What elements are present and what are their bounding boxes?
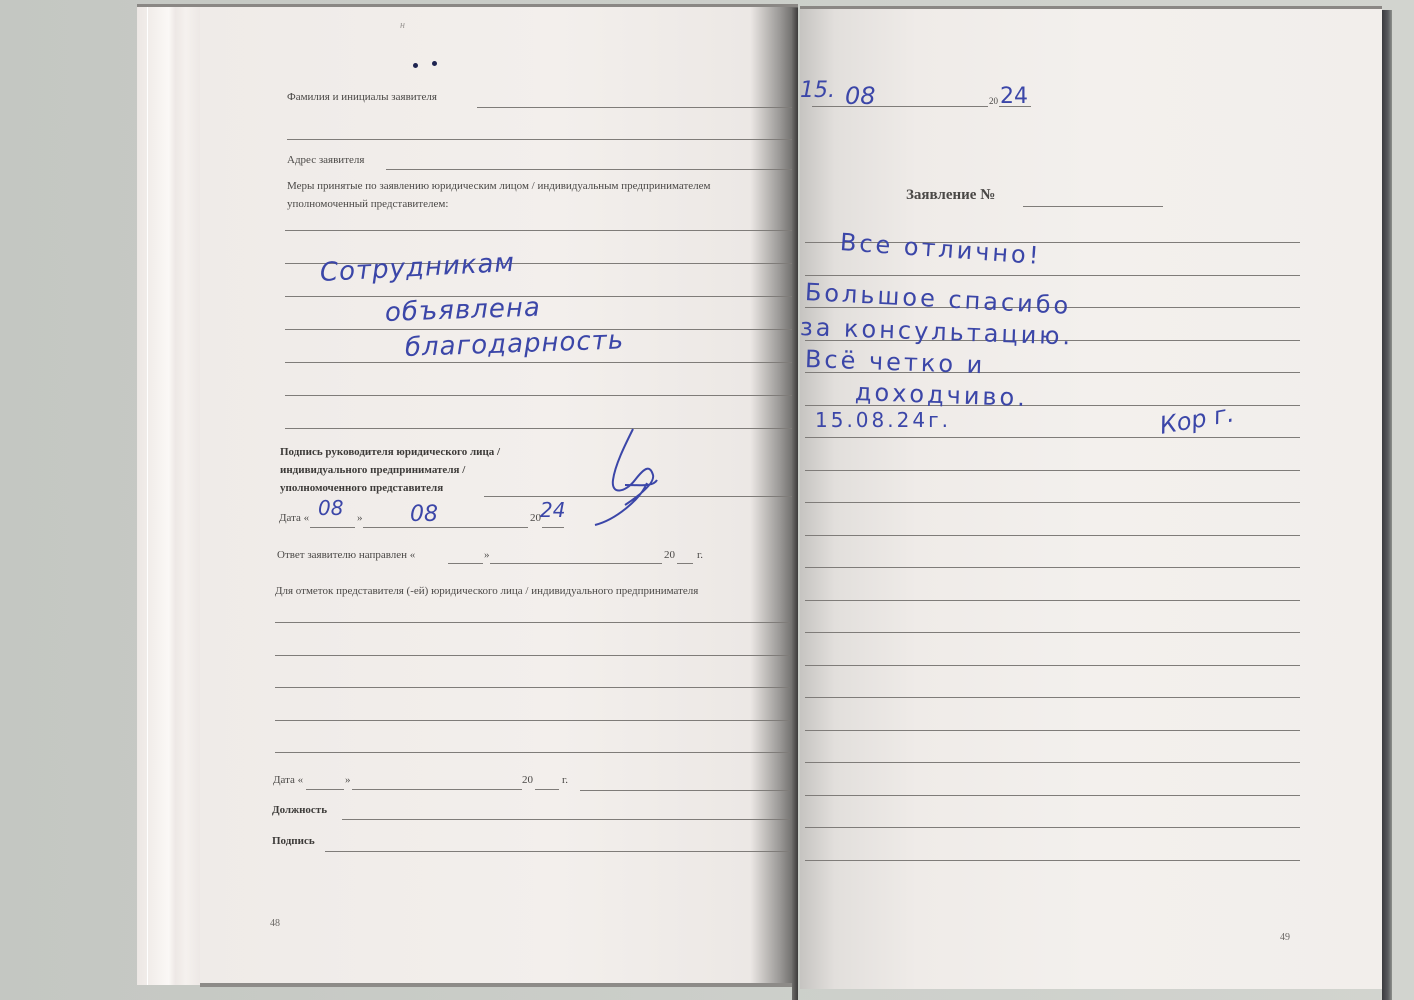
date-day-field[interactable] [310, 527, 355, 528]
applicant-name-field-line2[interactable] [287, 139, 797, 140]
response-label: Ответ заявителю направлен « [277, 549, 415, 561]
book-spine [792, 8, 798, 1000]
date2-day-field[interactable] [306, 789, 344, 790]
handwriting-date-month: 08 [410, 502, 438, 527]
measures-line[interactable] [285, 428, 795, 429]
date2-year-prefix: 20 [522, 774, 533, 786]
statement-line[interactable] [805, 860, 1300, 861]
statement-line[interactable] [805, 535, 1300, 536]
statement-number-field[interactable] [1023, 206, 1163, 207]
applicant-name-field[interactable] [477, 107, 797, 108]
handwriting-measures-line2: объявлена [384, 293, 541, 328]
right-page [800, 6, 1382, 989]
handwriting-line-6: 15.08.24г. [815, 408, 951, 432]
notes-label: Для отметок представителя (-ей) юридичес… [275, 585, 698, 597]
measures-label: Меры принятые по заявлению юридическим л… [287, 180, 711, 192]
statement-line[interactable] [805, 795, 1300, 796]
top-date-field[interactable] [812, 106, 988, 107]
response-month-field[interactable] [490, 563, 662, 564]
notes-line[interactable] [275, 655, 790, 656]
handwriting-line-5: доходчиво. [855, 378, 1029, 412]
statement-title: Заявление № [906, 187, 995, 204]
statement-line[interactable] [805, 502, 1300, 503]
top-mark: н [400, 20, 405, 31]
applicant-name-label: Фамилия и инициалы заявителя [287, 91, 437, 103]
date2-close-quote: » [345, 774, 351, 786]
response-year-prefix: 20 [664, 549, 675, 561]
statement-line[interactable] [805, 632, 1300, 633]
statement-line[interactable] [805, 600, 1300, 601]
statement-line[interactable] [805, 437, 1300, 438]
measures-line[interactable] [285, 395, 795, 396]
position-field[interactable] [342, 819, 790, 820]
ink-dot [413, 63, 418, 68]
signature-block-label-1: Подпись руководителя юридического лица / [280, 446, 500, 458]
top-year-field[interactable] [999, 106, 1031, 107]
top-year-prefix: 20 [989, 96, 998, 106]
position-label: Должность [272, 804, 327, 816]
date-month-field[interactable] [363, 527, 528, 528]
handwriting-top-date-day: 15. [800, 78, 835, 103]
ink-dot [432, 61, 437, 66]
date-close-quote: » [357, 512, 363, 524]
statement-line[interactable] [805, 665, 1300, 666]
statement-line[interactable] [805, 762, 1300, 763]
notes-line[interactable] [275, 752, 790, 753]
statement-line[interactable] [805, 470, 1300, 471]
signature-block-label-3: уполномоченного представителя [280, 482, 443, 494]
date-label: Дата « [279, 512, 309, 524]
date2-label: Дата « [273, 774, 303, 786]
response-year-suffix: г. [697, 549, 703, 561]
applicant-address-field[interactable] [386, 169, 797, 170]
statement-line[interactable] [805, 827, 1300, 828]
measures-label-line2: уполномоченный представителем: [287, 198, 448, 210]
date2-month-field[interactable] [352, 789, 522, 790]
statement-line[interactable] [805, 567, 1300, 568]
page-number-left: 48 [270, 918, 280, 929]
handwriting-date-year: 24 [540, 498, 565, 522]
right-page-edge [1382, 10, 1392, 1000]
response-close-quote: » [484, 549, 490, 561]
date-year-field[interactable] [542, 527, 564, 528]
manager-signature [595, 425, 675, 525]
date2-year-field[interactable] [535, 789, 559, 790]
date2-year-suffix: г. [562, 774, 568, 786]
notes-line[interactable] [275, 687, 790, 688]
statement-line[interactable] [805, 275, 1300, 276]
signature-line-field[interactable] [325, 851, 790, 852]
measures-line[interactable] [285, 362, 795, 363]
measures-line[interactable] [285, 230, 795, 231]
response-day-field[interactable] [448, 563, 483, 564]
response-year-field[interactable] [677, 563, 693, 564]
applicant-address-label: Адрес заявителя [287, 154, 364, 166]
handwriting-date-day: 08 [318, 496, 343, 520]
page-number-right: 49 [1280, 932, 1290, 943]
statement-line[interactable] [805, 730, 1300, 731]
page-stack-edge [137, 4, 207, 985]
signature-label: Подпись [272, 835, 315, 847]
statement-line[interactable] [805, 697, 1300, 698]
notes-line[interactable] [275, 622, 790, 623]
signature-block-label-2: индивидуального предпринимателя / [280, 464, 465, 476]
notes-line[interactable] [275, 720, 790, 721]
date2-extra-field[interactable] [580, 790, 790, 791]
